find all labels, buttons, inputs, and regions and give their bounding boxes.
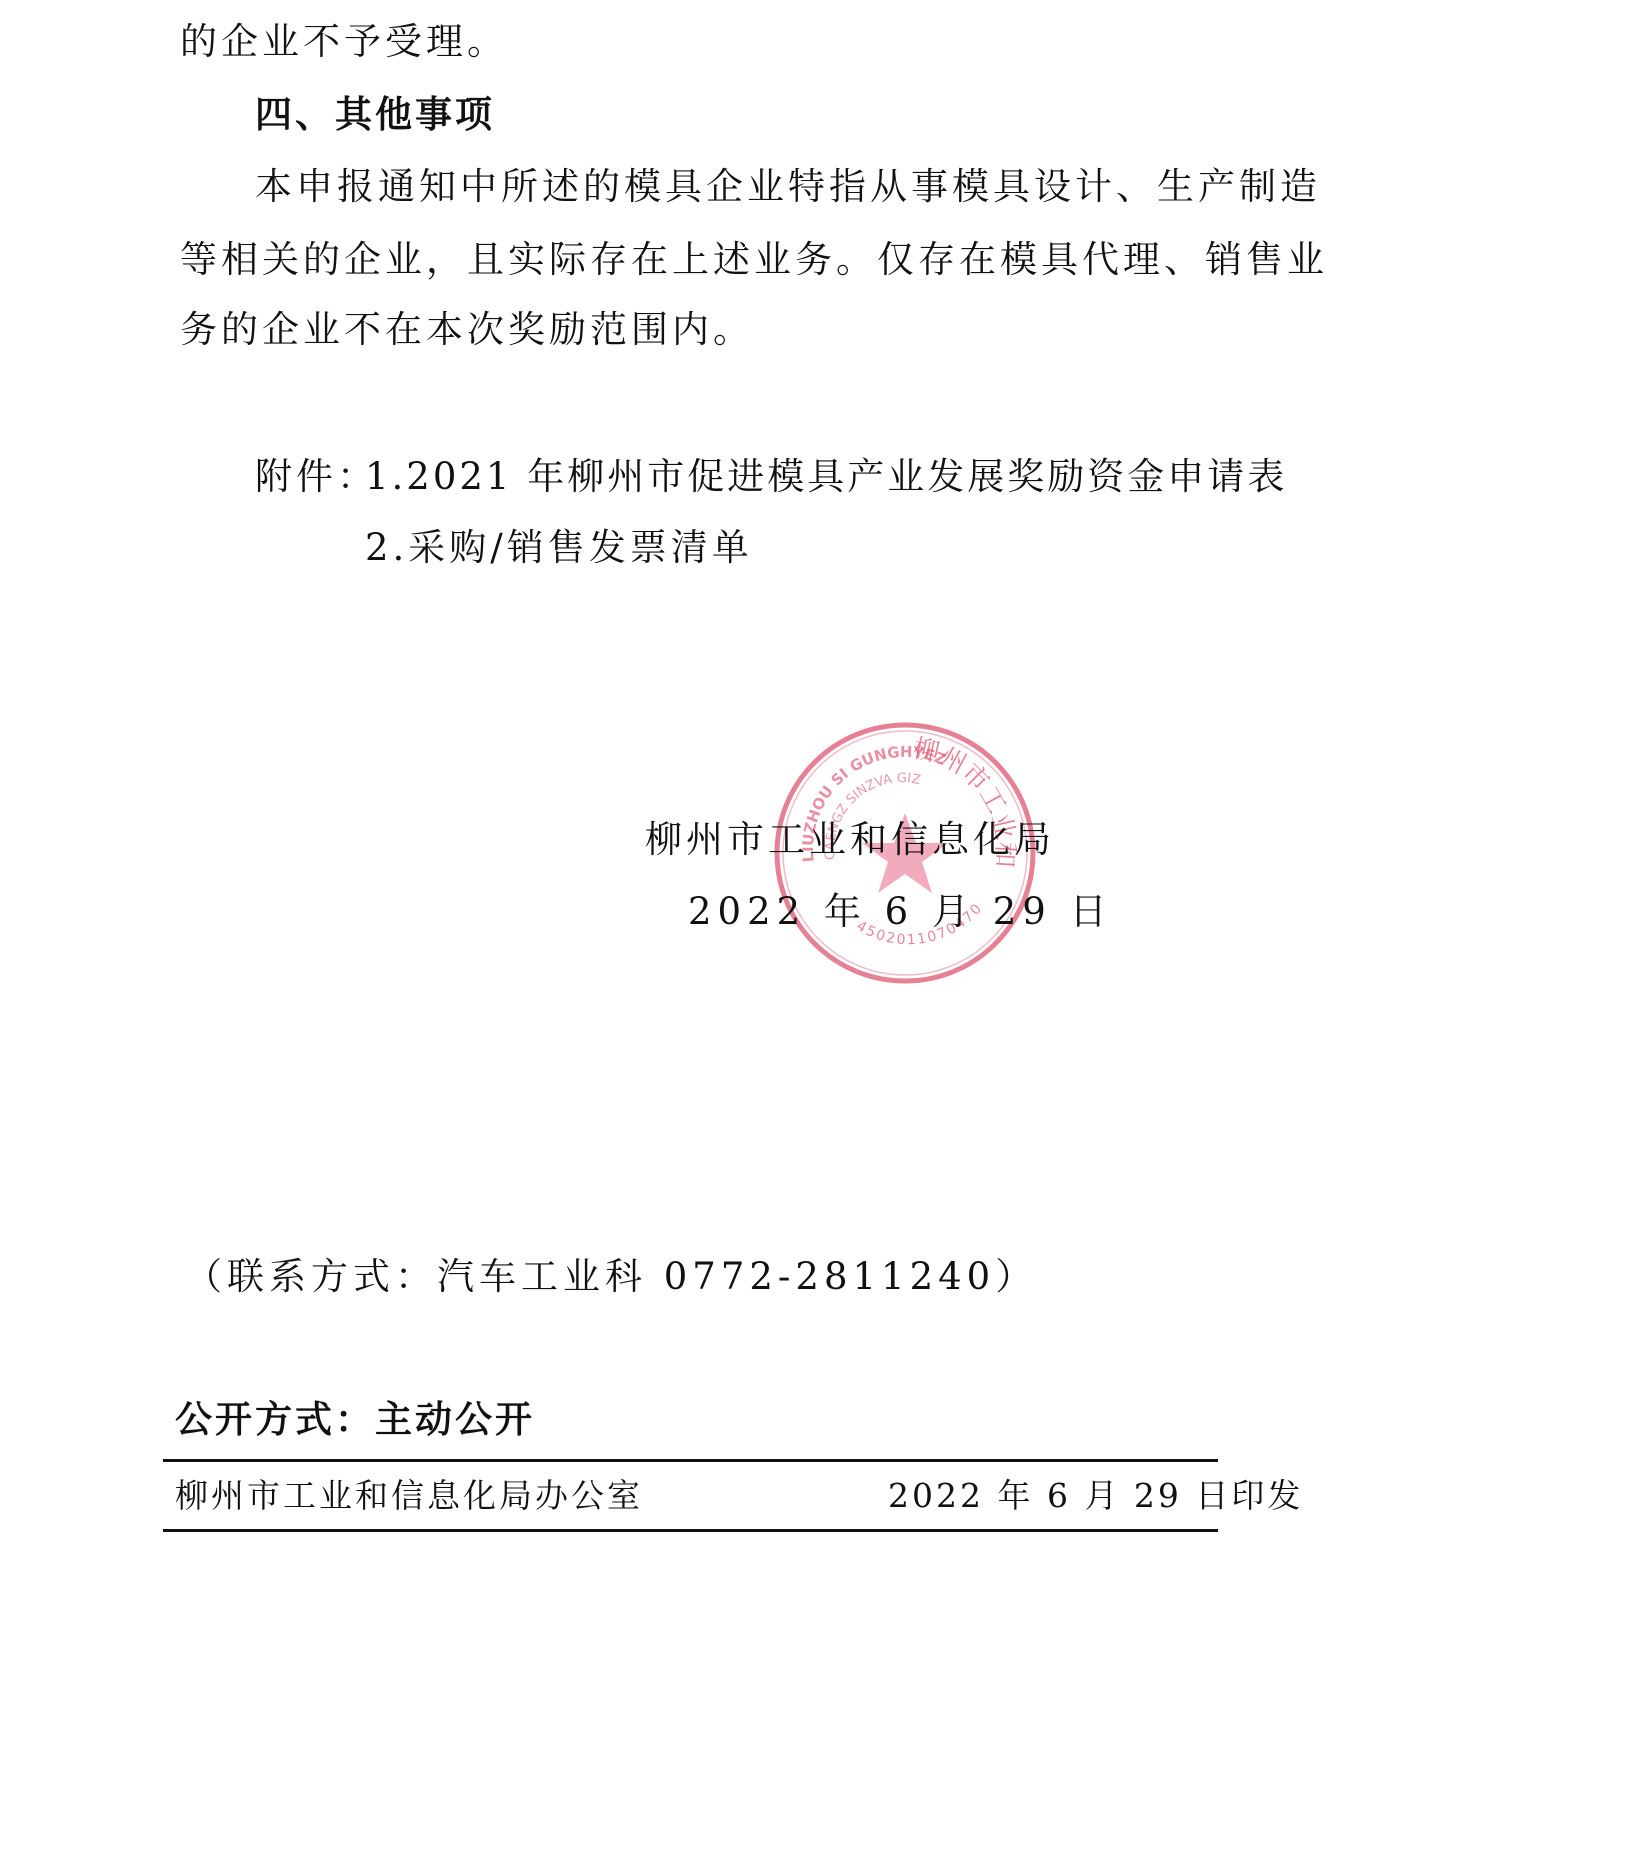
footer-bottom-rule	[163, 1529, 1218, 1532]
paragraph-line-1: 本申报通知中所述的模具企业特指从事模具设计、生产制造	[255, 165, 1210, 209]
signature-organization: 柳州市工业和信息化局	[645, 818, 1055, 862]
attachment-item-1: 1.2021 年柳州市促进模具产业发展奖励资金申请表	[365, 455, 1287, 499]
section-heading: 四、其他事项	[255, 93, 495, 137]
footer-top-rule	[163, 1459, 1218, 1462]
disclosure-method: 公开方式：主动公开	[175, 1398, 535, 1442]
attachment-item-2: 2.采购/销售发票清单	[365, 526, 753, 570]
signature-date: 2022 年 6 月 29 日	[688, 890, 1113, 934]
paragraph-line-3: 务的企业不在本次奖励范围内。	[180, 308, 754, 352]
paragraph-continuation: 的企业不予受理。	[180, 20, 508, 64]
footer-issuer: 柳州市工业和信息化局办公室	[175, 1476, 643, 1516]
attachments-label: 附件：	[255, 455, 378, 499]
footer-issue-date: 2022 年 6 月 29 日印发	[888, 1476, 1303, 1516]
paragraph-line-2: 等相关的企业，且实际存在上述业务。仅存在模具代理、销售业	[180, 238, 1210, 282]
contact-info: （联系方式：汽车工业科 0772-2811240）	[185, 1255, 1037, 1299]
